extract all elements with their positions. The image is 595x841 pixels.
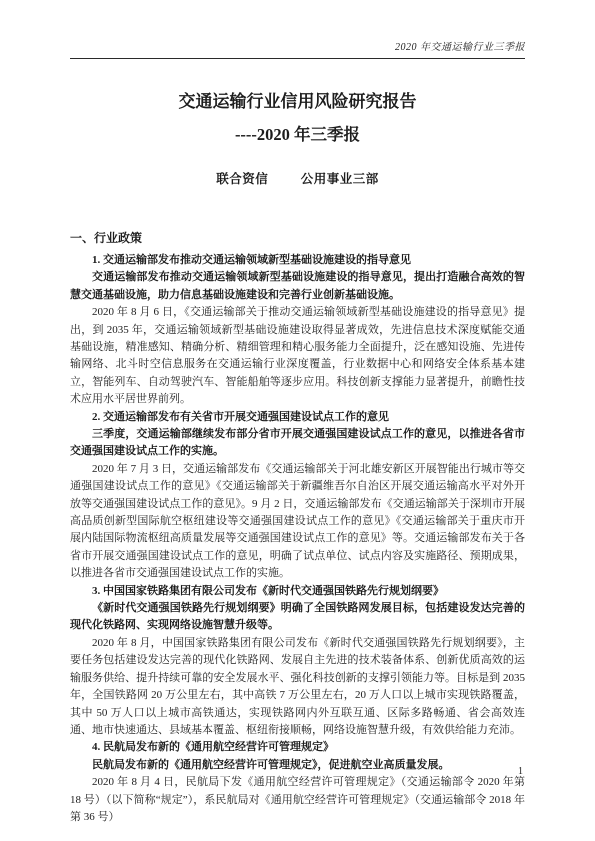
section-heading-industry-policy: 一、行业政策 — [70, 230, 525, 247]
subsection-1-lead-paragraph: 交通运输部发布推动交通运输领域新型基础设施建设的指导意见，提出打造融合高效的智慧… — [70, 269, 525, 304]
report-title: 交通运输行业信用风险研究报告 — [70, 91, 525, 113]
document-page: 2020 年交通运输行业三季报 交通运输行业信用风险研究报告 ----2020 … — [0, 0, 595, 841]
byline: 联合资信公用事业三部 — [70, 169, 525, 187]
subsection-4-body-paragraph: 2020 年 8 月 4 日，民航局下发《通用航空经营许可管理规定》（交通运输部… — [70, 774, 525, 826]
subsection-4-heading: 4. 民航局发布新的《通用航空经营许可管理规定》 — [70, 739, 525, 756]
subsection-1-heading: 1. 交通运输部发布推动交通运输领域新型基础设施建设的指导意见 — [70, 252, 525, 269]
subsection-1-body-paragraph: 2020 年 8 月 6 日，《交通运输部关于推动交通运输领域新型基础设施建设的… — [70, 304, 525, 408]
running-header-text: 2020 年交通运输行业三季报 — [395, 42, 525, 53]
subsection-2-heading: 2. 交通运输部发布有关省市开展交通强国建设试点工作的意见 — [70, 409, 525, 426]
byline-department: 公用事业三部 — [301, 172, 379, 186]
subsection-2-lead-paragraph: 三季度，交通运输部继续发布部分省市开展交通强国建设试点工作的意见，以推进各省市交… — [70, 426, 525, 461]
subsection-3-heading: 3. 中国国家铁路集团有限公司发布《新时代交通强国铁路先行规划纲要》 — [70, 583, 525, 600]
page-number: 1 — [518, 766, 523, 777]
subsection-4-lead-paragraph: 民航局发布新的《通用航空经营许可管理规定》，促进航空业高质量发展。 — [70, 757, 525, 774]
subsection-2-body-paragraph: 2020 年 7 月 3 日，交通运输部发布《交通运输部关于河北雄安新区开展智能… — [70, 461, 525, 583]
subsection-3-lead-paragraph: 《新时代交通强国铁路先行规划纲要》明确了全国铁路网发展目标，包括建设发达完善的现… — [70, 600, 525, 635]
document-body: 一、行业政策 1. 交通运输部发布推动交通运输领域新型基础设施建设的指导意见 交… — [70, 230, 525, 827]
byline-organization: 联合资信 — [216, 172, 268, 186]
subsection-3-body-paragraph: 2020 年 8 月，中国国家铁路集团有限公司发布《新时代交通强国铁路先行规划纲… — [70, 635, 525, 739]
running-header: 2020 年交通运输行业三季报 — [70, 38, 525, 59]
report-subtitle: ----2020 年三季报 — [70, 124, 525, 145]
